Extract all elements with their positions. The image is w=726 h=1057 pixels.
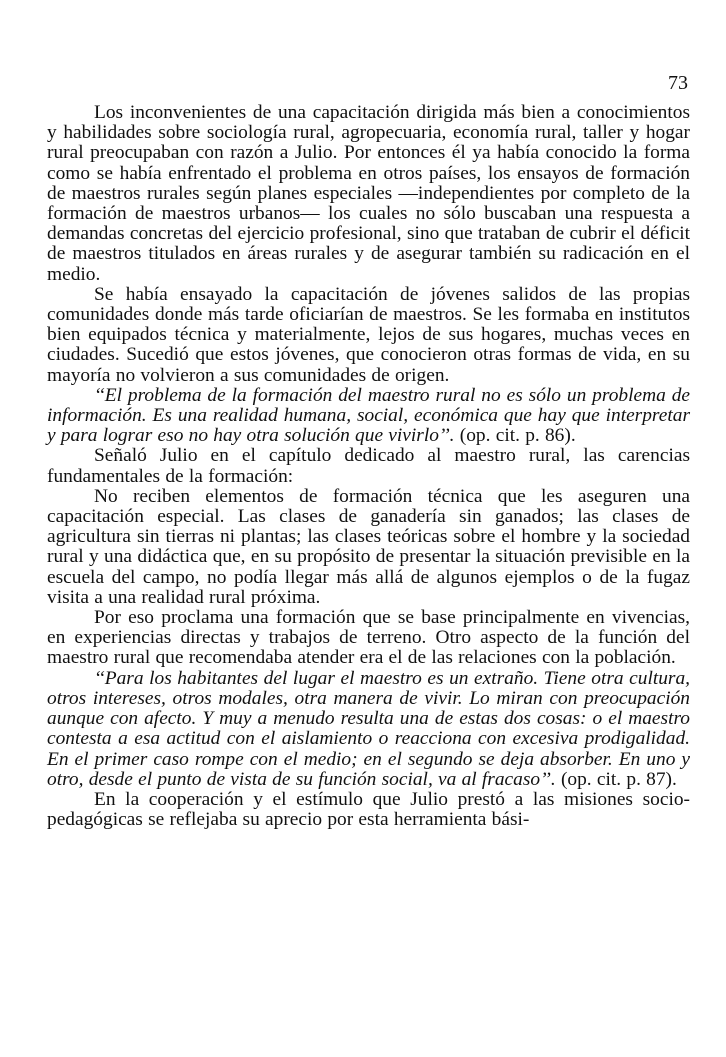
book-page: 73 Los inconvenientes de una capacitació…	[0, 0, 726, 1057]
paragraph-text: (op. cit. p. 86).	[455, 425, 576, 446]
paragraph-text: (op. cit. p. 87).	[556, 769, 677, 790]
paragraph-text: Los inconvenientes de una capacitación d…	[47, 102, 690, 285]
paragraph: Los inconvenientes de una capacitación d…	[47, 103, 690, 285]
paragraph: ‘‘Para los habitantes del lugar el maest…	[47, 669, 690, 790]
paragraph-text: En la cooperación y el estímulo que Juli…	[47, 789, 690, 830]
text-block: Los inconvenientes de una capacitación d…	[47, 103, 690, 830]
paragraph: Se había ensayado la capacitación de jóv…	[47, 285, 690, 386]
paragraph-text: ‘‘El problema de la formación del maestr…	[47, 385, 690, 446]
paragraph: En la cooperación y el estímulo que Juli…	[47, 790, 690, 830]
paragraph-text: Por eso proclama una formación que se ba…	[47, 607, 690, 668]
paragraph: ‘‘El problema de la formación del maestr…	[47, 386, 690, 447]
paragraph: Por eso proclama una formación que se ba…	[47, 608, 690, 669]
paragraph-text: No reciben elementos de formación técnic…	[47, 486, 690, 608]
paragraph: No reciben elementos de formación técnic…	[47, 487, 690, 608]
page-number: 73	[47, 72, 690, 94]
paragraph-text: Señaló Julio en el capítulo dedicado al …	[47, 445, 690, 486]
paragraph-text: Se había ensayado la capacitación de jóv…	[47, 284, 690, 386]
paragraph: Señaló Julio en el capítulo dedicado al …	[47, 446, 690, 486]
